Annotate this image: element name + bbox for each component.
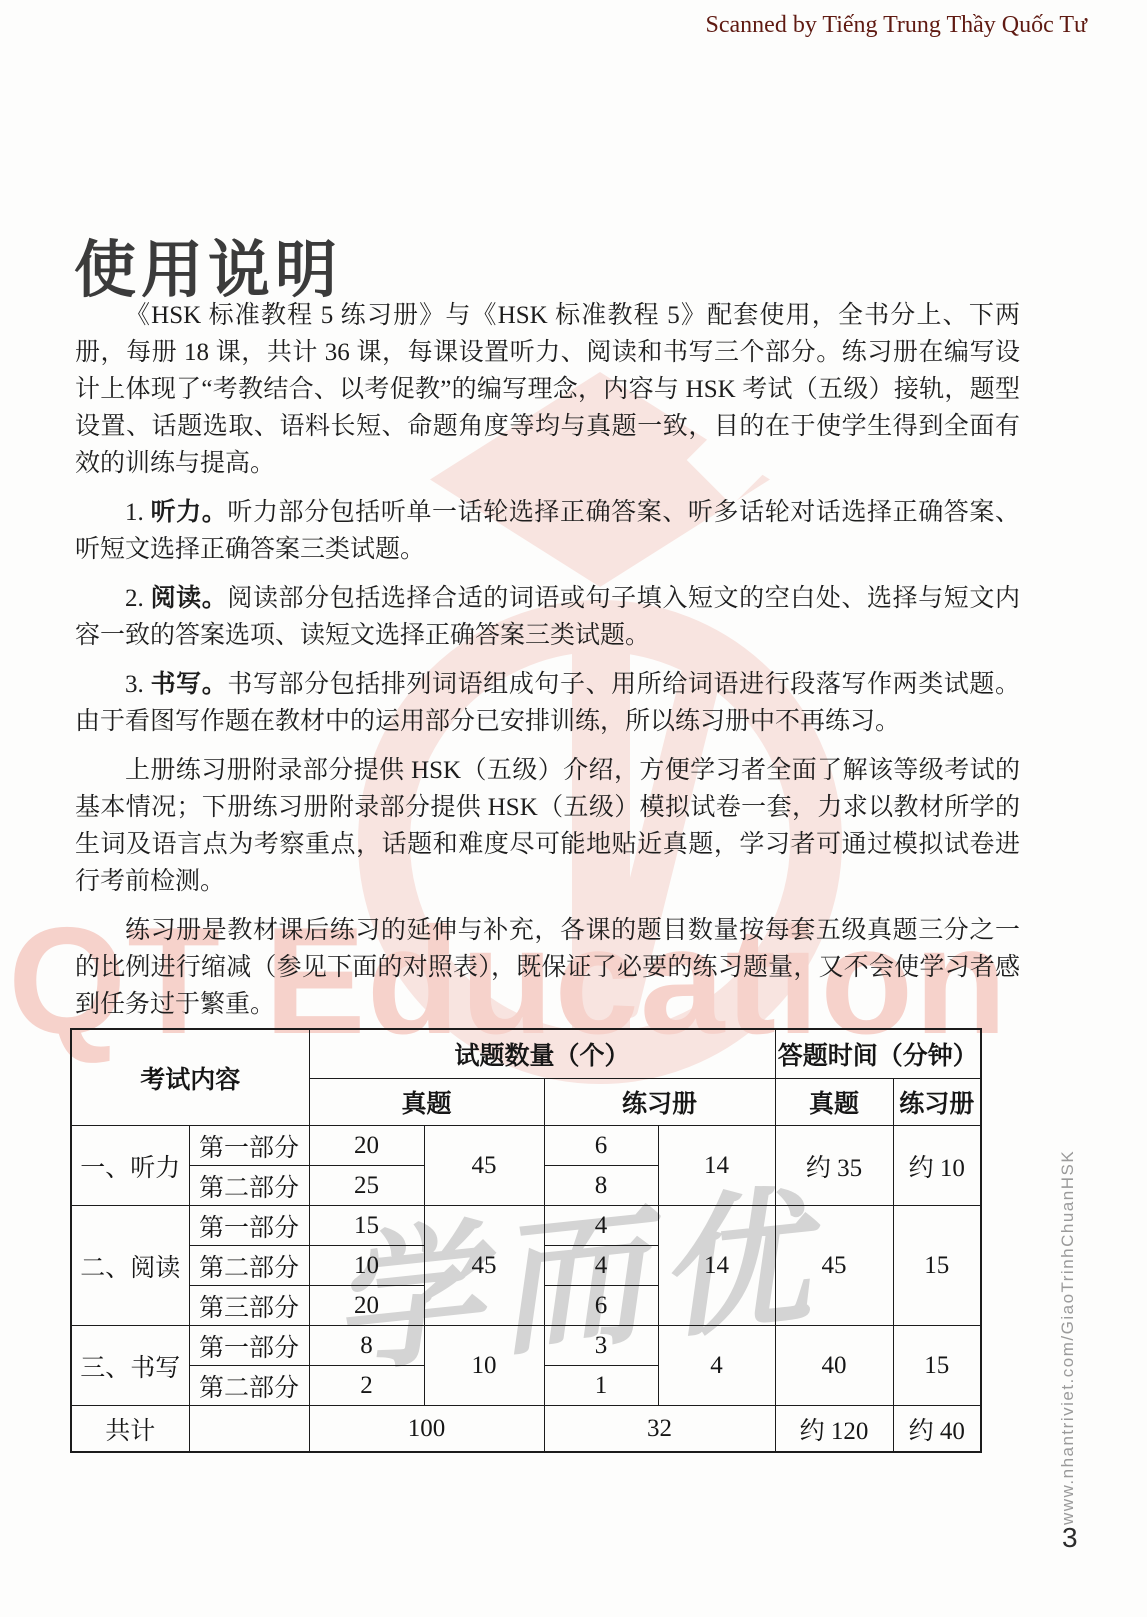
time-wb: 15 <box>893 1206 981 1326</box>
real-count: 15 <box>309 1206 424 1246</box>
page-title: 使用说明 <box>74 220 342 309</box>
real-count: 20 <box>309 1126 424 1166</box>
body-text: 《HSK 标准教程 5 练习册》与《HSK 标准教程 5》配套使用，全书分上、下… <box>75 297 1020 1035</box>
time-real: 约 35 <box>775 1126 893 1206</box>
list-number: 3. <box>125 671 151 698</box>
paragraph-writing: 3. 书写。书写部分包括排列词语组成句子、用所给词语进行段落写作两类试题。由于看… <box>75 666 1020 740</box>
section-listening: 一、听力 <box>71 1126 189 1206</box>
wb-count: 4 <box>544 1246 658 1286</box>
section-reading: 二、阅读 <box>71 1206 189 1326</box>
total-time-real: 约 120 <box>775 1406 893 1453</box>
header-real-exam: 真题 <box>309 1079 544 1126</box>
real-count: 2 <box>309 1366 424 1406</box>
paragraph-intro: 《HSK 标准教程 5 练习册》与《HSK 标准教程 5》配套使用，全书分上、下… <box>75 297 1020 482</box>
part-label: 第三部分 <box>189 1286 309 1326</box>
time-real: 40 <box>775 1326 893 1406</box>
paragraph-reading: 2. 阅读。阅读部分包括选择合适的词语或句子填入短文的空白处、选择与短文内容一致… <box>75 580 1020 654</box>
paragraph-appendix: 上册练习册附录部分提供 HSK（五级）介绍，方便学习者全面了解该等级考试的基本情… <box>75 752 1020 900</box>
page-number: 3 <box>1062 1522 1078 1554</box>
part-label: 第二部分 <box>189 1246 309 1286</box>
header-workbook: 练习册 <box>544 1079 775 1126</box>
list-number: 2. <box>125 585 151 612</box>
real-total: 45 <box>424 1126 544 1206</box>
wb-count: 8 <box>544 1166 658 1206</box>
real-total: 10 <box>424 1326 544 1406</box>
part-label: 第二部分 <box>189 1366 309 1406</box>
paragraph-lead: 书写。 <box>151 670 228 698</box>
section-writing: 三、书写 <box>71 1326 189 1406</box>
wb-total: 14 <box>658 1126 775 1206</box>
list-number: 1. <box>125 499 151 526</box>
time-wb: 15 <box>893 1326 981 1406</box>
real-count: 20 <box>309 1286 424 1326</box>
exam-comparison-table: 考试内容 试题数量（个） 答题时间（分钟） 真题 练习册 真题 练习册 一、听力… <box>70 1028 982 1453</box>
paragraph-text: 《HSK 标准教程 5 练习册》与《HSK 标准教程 5》配套使用，全书分上、下… <box>75 302 1020 477</box>
scanned-book-page: QT Education 学而优 Scanned by Tiếng Trung … <box>0 0 1147 1617</box>
header-time-workbook: 练习册 <box>893 1079 981 1126</box>
header-exam-content: 考试内容 <box>71 1029 309 1126</box>
header-answer-time: 答题时间（分钟） <box>775 1029 981 1079</box>
part-label: 第一部分 <box>189 1206 309 1246</box>
paragraph-lead: 听力。 <box>151 498 228 526</box>
paragraph-lead: 阅读。 <box>151 584 228 612</box>
publisher-url: www.nhantriviet.com/GiaoTrinhChuanHSK <box>1058 1175 1078 1525</box>
total-real: 100 <box>309 1406 544 1453</box>
paragraph-text: 练习册是教材课后练习的延伸与补充，各课的题目数量按每套五级真题三分之一的比例进行… <box>75 917 1020 1018</box>
header-time-real-exam: 真题 <box>775 1079 893 1126</box>
paragraph-scaling: 练习册是教材课后练习的延伸与补充，各课的题目数量按每套五级真题三分之一的比例进行… <box>75 912 1020 1023</box>
real-count: 25 <box>309 1166 424 1206</box>
time-real: 45 <box>775 1206 893 1326</box>
total-label: 共计 <box>71 1406 189 1453</box>
wb-count: 3 <box>544 1326 658 1366</box>
total-empty-cell <box>189 1406 309 1453</box>
real-count: 10 <box>309 1246 424 1286</box>
wb-count: 1 <box>544 1366 658 1406</box>
table: 考试内容 试题数量（个） 答题时间（分钟） 真题 练习册 真题 练习册 一、听力… <box>70 1028 982 1453</box>
wb-total: 4 <box>658 1326 775 1406</box>
wb-count: 4 <box>544 1206 658 1246</box>
scan-credit: Scanned by Tiếng Trung Thầy Quốc Tư <box>706 12 1087 39</box>
wb-total: 14 <box>658 1206 775 1326</box>
paragraph-listening: 1. 听力。听力部分包括听单一话轮选择正确答案、听多话轮对话选择正确答案、听短文… <box>75 494 1020 568</box>
paragraph-text: 上册练习册附录部分提供 HSK（五级）介绍，方便学习者全面了解该等级考试的基本情… <box>75 757 1020 895</box>
part-label: 第一部分 <box>189 1126 309 1166</box>
wb-count: 6 <box>544 1286 658 1326</box>
part-label: 第一部分 <box>189 1326 309 1366</box>
time-wb: 约 10 <box>893 1126 981 1206</box>
header-question-count: 试题数量（个） <box>309 1029 775 1079</box>
wb-count: 6 <box>544 1126 658 1166</box>
real-count: 8 <box>309 1326 424 1366</box>
total-time-wb: 约 40 <box>893 1406 981 1453</box>
part-label: 第二部分 <box>189 1166 309 1206</box>
real-total: 45 <box>424 1206 544 1326</box>
total-wb: 32 <box>544 1406 775 1453</box>
